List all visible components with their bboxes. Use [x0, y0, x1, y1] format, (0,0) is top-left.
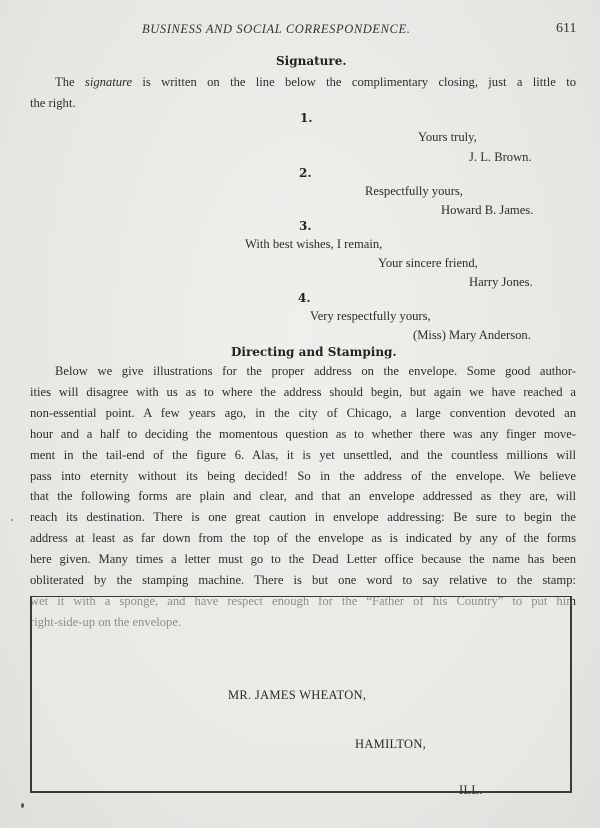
envelope-illustration: MR. JAMES WHEATON, HAMILTON, ILL.: [30, 596, 572, 793]
example-closing: Yours truly,: [418, 130, 477, 145]
paragraph-line: obliterated by the stamping machine. The…: [30, 570, 576, 591]
envelope-city: HAMILTON,: [355, 737, 426, 752]
paragraph-line: that the following forms are plain and c…: [30, 486, 576, 507]
running-title: BUSINESS AND SOCIAL CORRESPONDENCE.: [142, 22, 410, 37]
paragraph-line: here given. Many times a letter must go …: [30, 549, 576, 570]
intro-text-before: The: [55, 75, 85, 89]
signature-heading: Signature.: [276, 54, 347, 68]
scan-speck: [21, 803, 24, 808]
example-closing: Respectfully yours,: [365, 184, 463, 199]
example-number: 2.: [299, 166, 312, 180]
example-signature-name: Harry Jones.: [469, 275, 533, 290]
paragraph-line: non-essential point. A few years ago, in…: [30, 403, 576, 424]
intro-text-after: is written on the line below the complim…: [132, 75, 576, 89]
paragraph-line: hour and a half to deciding the momentou…: [30, 424, 576, 445]
example-closing-2: Your sincere friend,: [378, 256, 478, 271]
signature-intro-line-1: The signature is written on the line bel…: [30, 72, 576, 93]
signature-intro-paragraph: The signature is written on the line bel…: [30, 72, 576, 114]
envelope-recipient-name: MR. JAMES WHEATON,: [228, 688, 366, 703]
example-number: 1.: [300, 111, 313, 125]
example-signature-name: J. L. Brown.: [469, 150, 532, 165]
directing-paragraph: Below we give illustrations for the prop…: [30, 361, 576, 633]
example-number: 3.: [299, 219, 312, 233]
paragraph-line: pass into eternity without its being dec…: [30, 466, 576, 487]
example-signature-name: Howard B. James.: [441, 203, 533, 218]
intro-italic-term: signature: [85, 75, 132, 89]
example-closing: With best wishes, I remain,: [245, 237, 382, 252]
example-closing: Very respectfully yours,: [310, 309, 431, 324]
page-number: 611: [556, 21, 576, 37]
book-page: BUSINESS AND SOCIAL CORRESPONDENCE. 611 …: [0, 0, 600, 828]
envelope-state: ILL.: [459, 783, 483, 798]
scan-speck: [11, 519, 13, 521]
paragraph-line: Below we give illustrations for the prop…: [30, 361, 576, 382]
paragraph-line: reach its destination. There is one grea…: [30, 507, 576, 528]
paragraph-line: ities will disagree with us as to where …: [30, 382, 576, 403]
example-signature-name: (Miss) Mary Anderson.: [413, 328, 531, 343]
paragraph-line: address at least as far down from the to…: [30, 528, 576, 549]
example-number: 4.: [298, 291, 311, 305]
paragraph-line: ment in the tail-end of the figure 6. Al…: [30, 445, 576, 466]
directing-heading: Directing and Stamping.: [231, 345, 397, 359]
